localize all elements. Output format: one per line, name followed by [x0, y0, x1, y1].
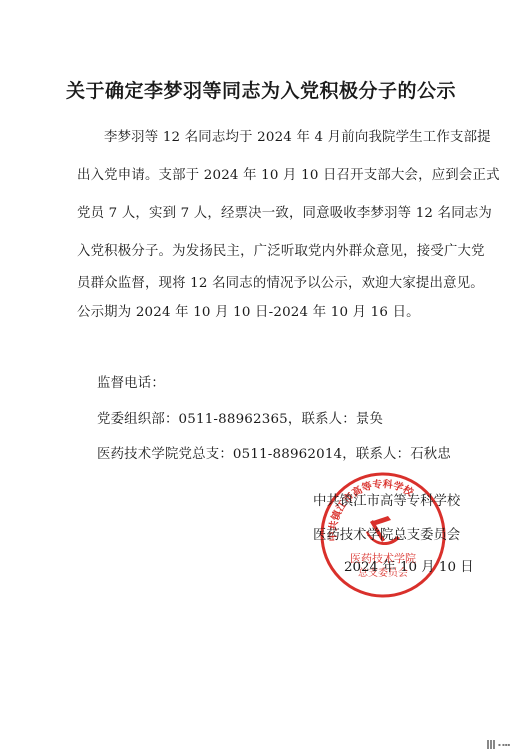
signature-org2: 医药技术学院总支委员会: [313, 524, 460, 543]
contacts-heading: 监督电话：: [97, 372, 165, 391]
contact-item-2: 医药技术学院党总支：0511-88962014，联系人：石秋忠: [97, 443, 451, 462]
body-line-5: 员群众监督，现将 12 名同志的情况予以公示，欢迎大家提出意见。: [77, 272, 484, 291]
body-line-3: 党员 7 人，实到 7 人，经票决一致，同意吸收李梦羽等 12 名同志为: [77, 202, 492, 221]
document-title: 关于确定李梦羽等同志为入党积极分子的公示: [0, 76, 522, 103]
body-line-1: 李梦羽等 12 名同志均于 2024 年 4 月前向我院学生工作支部提: [104, 126, 491, 145]
scanner-watermark: ▪ ▪▪▪: [487, 740, 510, 749]
body-line-4: 入党积极分子。为发扬民主，广泛听取党内外群众意见，接受广大党: [77, 240, 485, 259]
signature-org1: 中共镇江市高等专科学校: [313, 490, 460, 509]
contact-item-1: 党委组织部：0511-88962365，联系人：景奂: [97, 408, 383, 427]
body-line-2: 出入党申请。支部于 2024 年 10 月 10 日召开支部大会，应到会正式: [77, 164, 500, 183]
qr-code-icon: [487, 740, 496, 749]
watermark-text: ▪ ▪▪▪: [498, 742, 510, 747]
signature-date: 2024 年 10 月 10 日: [344, 556, 474, 575]
body-line-6: 公示期为 2024 年 10 月 10 日-2024 年 10 月 16 日。: [77, 301, 420, 320]
